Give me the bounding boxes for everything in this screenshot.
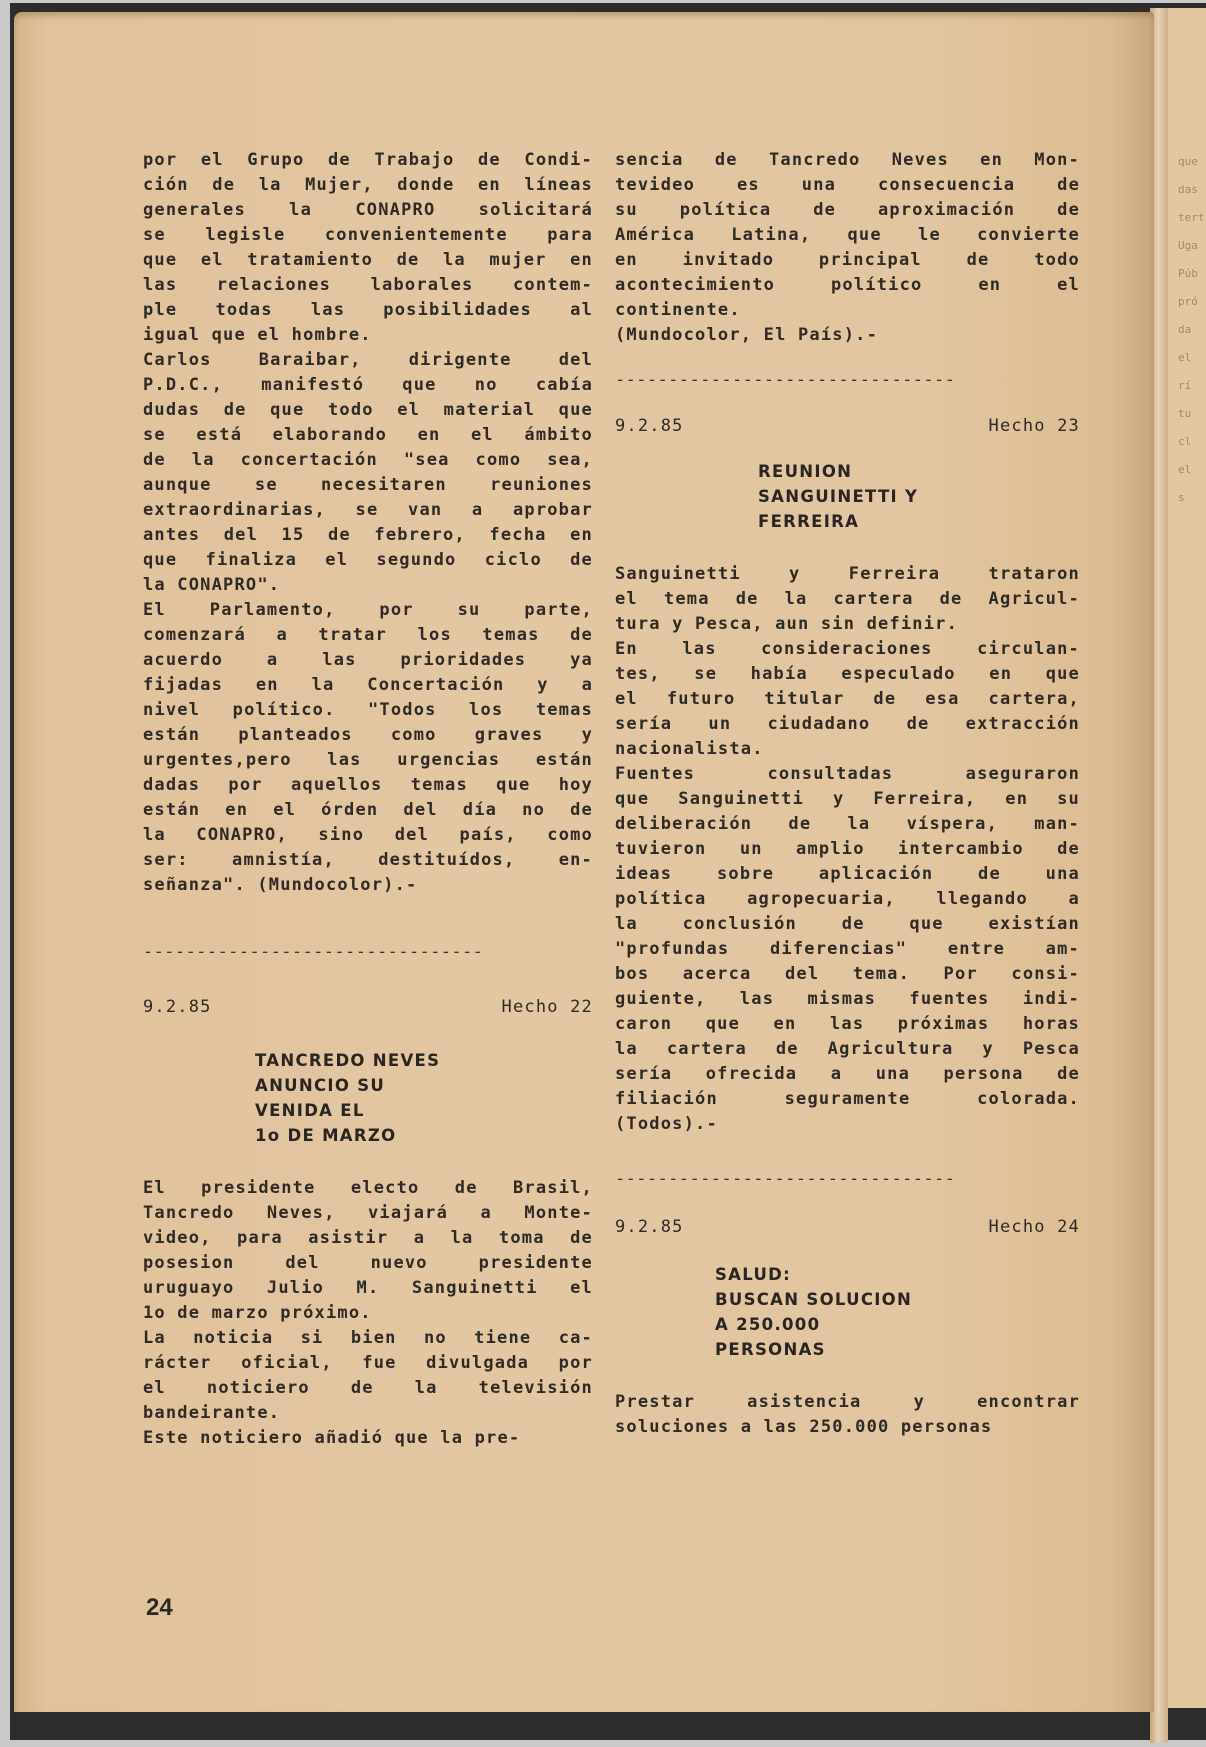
article-hecho-number: Hecho 22 [502, 995, 593, 1020]
text-line: generales la CONAPRO solicitará [143, 198, 593, 223]
article-hecho-number: Hecho 24 [989, 1215, 1080, 1240]
text-line: están planteados como graves y [143, 723, 593, 748]
text-line: Fuentes consultadas aseguraron [615, 762, 1080, 787]
text-line: nivel político. "Todos los temas [143, 698, 593, 723]
text-line: su política de aproximación de [615, 198, 1080, 223]
article-separator: -------------------------------- [615, 1167, 1080, 1192]
article-dateline: 9.2.85 Hecho 23 [615, 414, 1080, 439]
text-line: sería ofrecida a una persona de [615, 1062, 1080, 1087]
headline-line: PERSONAS [715, 1337, 1080, 1362]
paragraph: Fuentes consultadas aseguraronque Sangui… [615, 762, 1080, 1137]
paragraph: La noticia si bien no tiene ca-rácter of… [143, 1326, 593, 1426]
text-line: El presidente electo de Brasil, [143, 1176, 593, 1201]
text-line: la CONAPRO, sino del país, como [143, 823, 593, 848]
headline-line: VENIDA EL [255, 1098, 593, 1123]
article-date: 9.2.85 [615, 1215, 684, 1240]
text-line: tevideo es una consecuencia de [615, 173, 1080, 198]
text-line: la cartera de Agricultura y Pesca [615, 1037, 1080, 1062]
article-hecho-23: 9.2.85 Hecho 23 REUNIONSANGUINETTI YFERR… [615, 414, 1080, 1137]
next-page-edge: que das tert Uga Púb pró da el rí tu cl … [1168, 8, 1206, 1708]
text-line: que finaliza el segundo ciclo de [143, 548, 593, 573]
text-line: que Sanguinetti y Ferreira, en su [615, 787, 1080, 812]
continuation-text: por el Grupo de Trabajo de Condi-ción de… [143, 148, 593, 898]
text-line: Prestar asistencia y encontrar [615, 1390, 1080, 1415]
text-line: ser: amnistía, destituídos, en- [143, 848, 593, 873]
text-line: soluciones a las 250.000 personas [615, 1415, 1080, 1440]
text-line: antes del 15 de febrero, fecha en [143, 523, 593, 548]
text-line: acuerdo a las prioridades ya [143, 648, 593, 673]
text-line: posesion del nuevo presidente [143, 1251, 593, 1276]
paragraph: Este noticiero añadió que la pre- [143, 1426, 593, 1451]
text-line: dudas de que todo el material que [143, 398, 593, 423]
article-body: El presidente electo de Brasil,Tancredo … [143, 1176, 593, 1451]
text-line: Este noticiero añadió que la pre- [143, 1426, 593, 1451]
paragraph: El presidente electo de Brasil,Tancredo … [143, 1176, 593, 1326]
paragraph: El Parlamento, por su parte,comenzará a … [143, 598, 593, 898]
text-line: rácter oficial, fue divulgada por [143, 1351, 593, 1376]
text-line: En las consideraciones circulan- [615, 637, 1080, 662]
headline-line: FERREIRA [758, 509, 1080, 534]
text-line: video, para asistir a la toma de [143, 1226, 593, 1251]
text-line: se legisle convenientemente para [143, 223, 593, 248]
text-line: acontecimiento político en el [615, 273, 1080, 298]
article-date: 9.2.85 [143, 995, 212, 1020]
text-line: fijadas en la Concertación y a [143, 673, 593, 698]
text-line: el tema de la cartera de Agricul- [615, 587, 1080, 612]
headline-line: ANUNCIO SU [255, 1073, 593, 1098]
headline-line: SALUD: [715, 1262, 1080, 1287]
text-line: La noticia si bien no tiene ca- [143, 1326, 593, 1351]
text-line: las relaciones laborales contem- [143, 273, 593, 298]
paragraph: sencia de Tancredo Neves en Mon-tevideo … [615, 148, 1080, 323]
text-line: América Latina, que le convierte [615, 223, 1080, 248]
text-line: bos acerca del tema. Por consi- [615, 962, 1080, 987]
text-line: el noticiero de la televisión [143, 1376, 593, 1401]
text-line: "profundas diferencias" entre am- [615, 937, 1080, 962]
paragraph: por el Grupo de Trabajo de Condi-ción de… [143, 148, 593, 348]
text-line: están en el órden del día no de [143, 798, 593, 823]
paragraph: Prestar asistencia y encontrarsoluciones… [615, 1390, 1080, 1440]
headline-line: TANCREDO NEVES [255, 1048, 593, 1073]
text-line: guiente, las mismas fuentes indi- [615, 987, 1080, 1012]
text-line: que el tratamiento de la mujer en [143, 248, 593, 273]
headline-line: SANGUINETTI Y [758, 484, 1080, 509]
text-line: ideas sobre aplicación de una [615, 862, 1080, 887]
text-line: urgentes,pero las urgencias están [143, 748, 593, 773]
headline-line: A 250.000 [715, 1312, 1080, 1337]
paragraph: Carlos Baraibar, dirigente delP.D.C., ma… [143, 348, 593, 598]
text-line: tes, se había especulado en que [615, 662, 1080, 687]
article-dateline: 9.2.85 Hecho 22 [143, 995, 593, 1020]
text-line: ción de la Mujer, donde en líneas [143, 173, 593, 198]
text-line: filiación seguramente colorada. [615, 1087, 1080, 1112]
text-line: la CONAPRO". [143, 573, 593, 598]
text-line: tura y Pesca, aun sin definir. [615, 612, 1080, 637]
article-body: Sanguinetti y Ferreira trataronel tema d… [615, 562, 1080, 1137]
text-line: comenzará a tratar los temas de [143, 623, 593, 648]
text-line: Tancredo Neves, viajará a Monte- [143, 1201, 593, 1226]
article-hecho-24: 9.2.85 Hecho 24 SALUD:BUSCAN SOLUCIONA 2… [615, 1215, 1080, 1440]
text-line: Carlos Baraibar, dirigente del [143, 348, 593, 373]
paragraph: En las consideraciones circulan-tes, se … [615, 637, 1080, 762]
text-line: nacionalista. [615, 737, 1080, 762]
article-dateline: 9.2.85 Hecho 24 [615, 1215, 1080, 1240]
text-line: la conclusión de que existían [615, 912, 1080, 937]
text-line: señanza". (Mundocolor).- [143, 873, 593, 898]
left-column: por el Grupo de Trabajo de Condi-ción de… [143, 148, 593, 1451]
article-body: Prestar asistencia y encontrarsoluciones… [615, 1390, 1080, 1440]
article-headline: SALUD:BUSCAN SOLUCIONA 250.000PERSONAS [615, 1262, 1080, 1362]
text-line: en invitado principal de todo [615, 248, 1080, 273]
text-line: 1o de marzo próximo. [143, 1301, 593, 1326]
text-line: sería un ciudadano de extracción [615, 712, 1080, 737]
text-line: bandeirante. [143, 1401, 593, 1426]
text-line: por el Grupo de Trabajo de Condi- [143, 148, 593, 173]
text-line: de la concertación "sea como sea, [143, 448, 593, 473]
text-line: igual que el hombre. [143, 323, 593, 348]
paragraph: Sanguinetti y Ferreira trataronel tema d… [615, 562, 1080, 637]
headline-line: REUNION [758, 459, 1080, 484]
text-line: deliberación de la víspera, man- [615, 812, 1080, 837]
text-line: sencia de Tancredo Neves en Mon- [615, 148, 1080, 173]
text-line: el futuro titular de esa cartera, [615, 687, 1080, 712]
text-line: tuvieron un amplio intercambio de [615, 837, 1080, 862]
text-line: ple todas las posibilidades al [143, 298, 593, 323]
article-headline: REUNIONSANGUINETTI YFERREIRA [615, 459, 1080, 534]
article-separator: -------------------------------- [143, 940, 593, 965]
article-date: 9.2.85 [615, 414, 684, 439]
text-line: El Parlamento, por su parte, [143, 598, 593, 623]
text-line: política agropecuaria, llegando a [615, 887, 1080, 912]
headline-line: 1o DE MARZO [255, 1123, 593, 1148]
text-line: continente. [615, 298, 1080, 323]
text-line: se está elaborando en el ámbito [143, 423, 593, 448]
text-line: (Todos).- [615, 1112, 1080, 1137]
headline-line: BUSCAN SOLUCION [715, 1287, 1080, 1312]
article-separator: -------------------------------- [615, 368, 1080, 393]
article-hecho-22: 9.2.85 Hecho 22 TANCREDO NEVESANUNCIO SU… [143, 995, 593, 1451]
text-line: dadas por aquellos temas que hoy [143, 773, 593, 798]
text-line: aunque se necesitaren reuniones [143, 473, 593, 498]
page-number: 24 [146, 1594, 173, 1622]
text-line: P.D.C., manifestó que no cabía [143, 373, 593, 398]
article-headline: TANCREDO NEVESANUNCIO SUVENIDA EL1o DE M… [143, 1048, 593, 1148]
paragraph: (Mundocolor, El País).- [615, 323, 1080, 348]
text-line: extraordinarias, se van a aprobar [143, 498, 593, 523]
next-page-ghost-text: que das tert Uga Púb pró da el rí tu cl … [1168, 8, 1206, 512]
text-line: uruguayo Julio M. Sanguinetti el [143, 1276, 593, 1301]
article-hecho-number: Hecho 23 [989, 414, 1080, 439]
text-line: caron que en las próximas horas [615, 1012, 1080, 1037]
right-column: sencia de Tancredo Neves en Mon-tevideo … [615, 148, 1080, 1440]
text-line: (Mundocolor, El País).- [615, 323, 1080, 348]
continuation-text: sencia de Tancredo Neves en Mon-tevideo … [615, 148, 1080, 348]
text-line: Sanguinetti y Ferreira trataron [615, 562, 1080, 587]
